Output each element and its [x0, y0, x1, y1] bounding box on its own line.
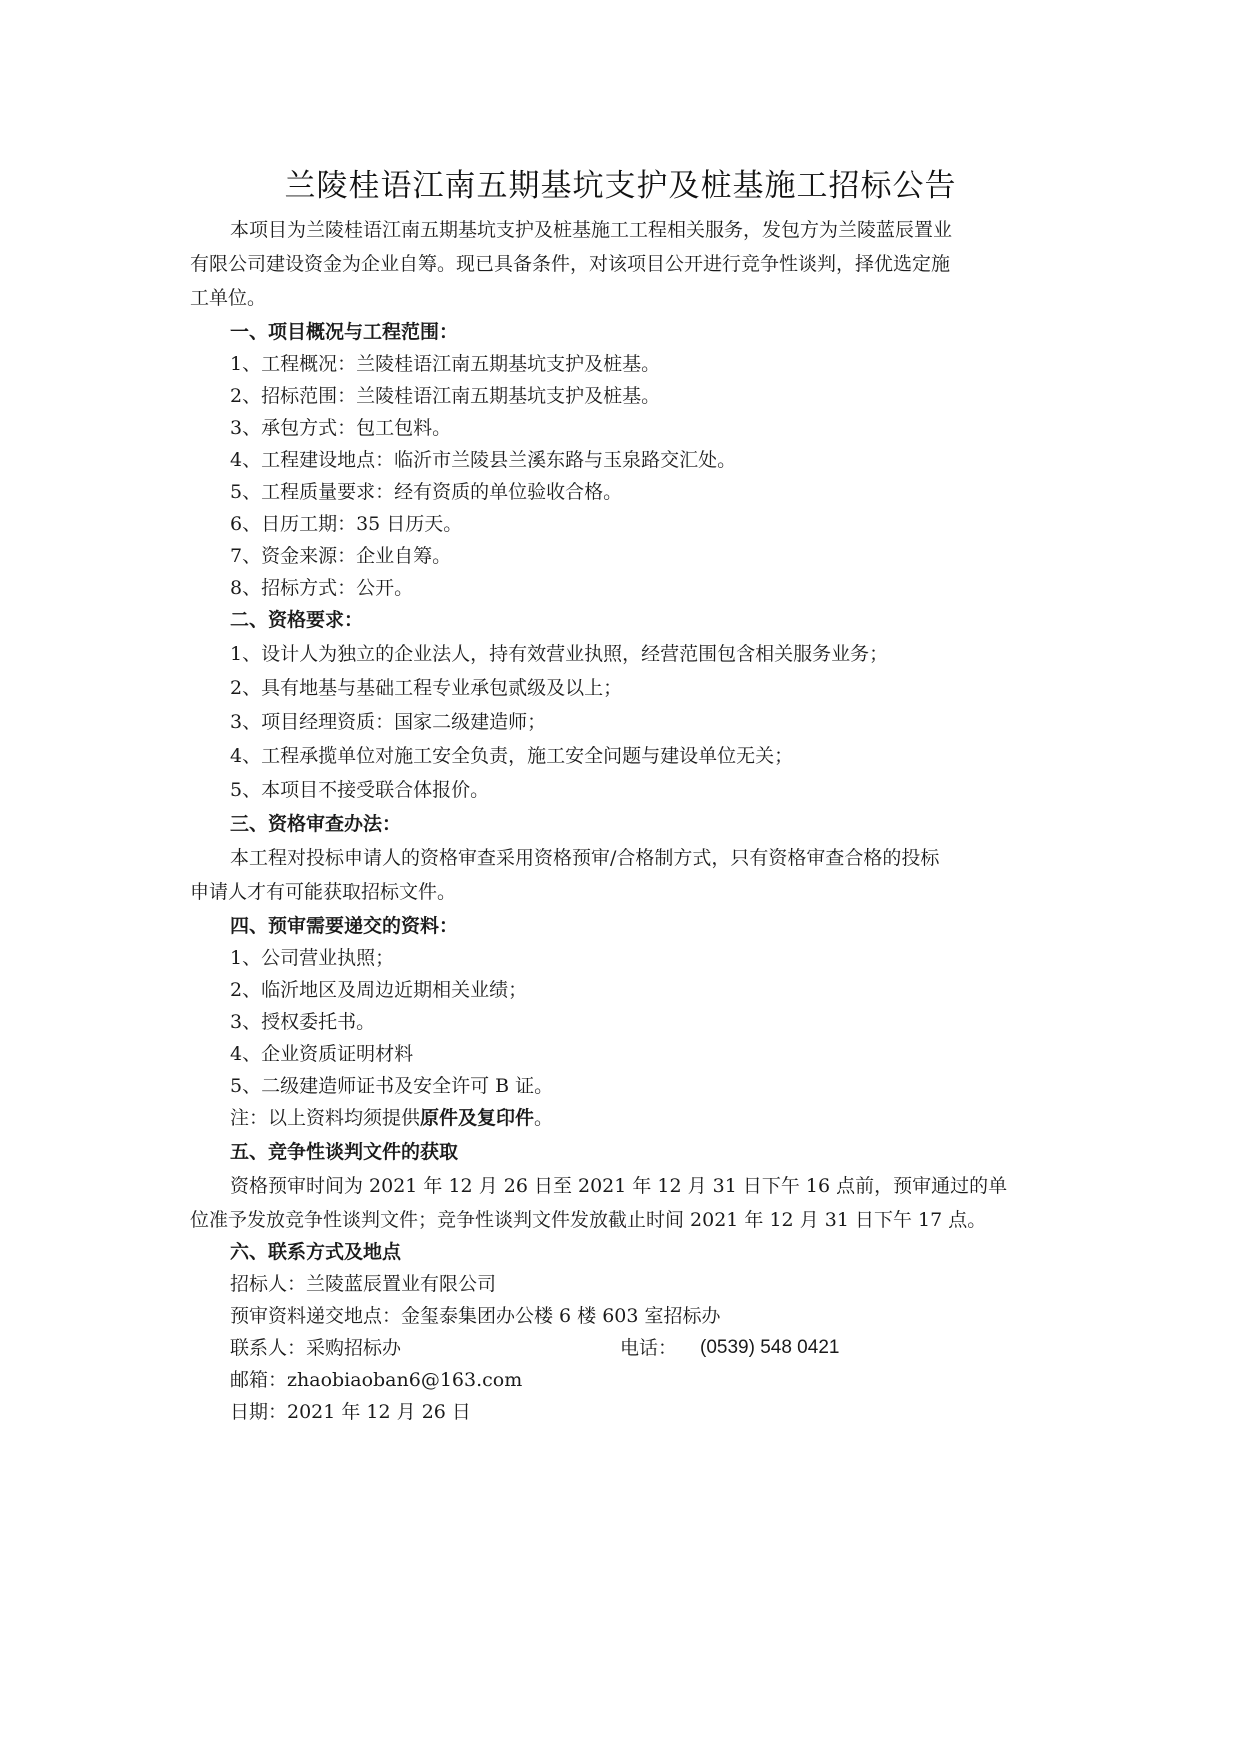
document-title: 兰陵桂语江南五期基坑支护及桩基施工招标公告 [0, 160, 1241, 205]
intro-line-1: 本项目为兰陵桂语江南五期基坑支护及桩基施工工程相关服务，发包方为兰陵蓝辰置业 [230, 218, 952, 242]
section-5-heading: 五、竞争性谈判文件的获取 [230, 1140, 458, 1164]
document-page: 兰陵桂语江南五期基坑支护及桩基施工招标公告 本项目为兰陵桂语江南五期基坑支护及桩… [0, 0, 1241, 1754]
section-2-item: 3、项目经理资质：国家二级建造师； [230, 710, 546, 734]
section-2-heading: 二、资格要求： [230, 608, 363, 632]
tenderer: 招标人：兰陵蓝辰置业有限公司 [230, 1272, 496, 1296]
intro-line-2: 有限公司建设资金为企业自筹。现已具备条件，对该项目公开进行竞争性谈判，择优选定施 [190, 252, 950, 276]
phone-number: (0539) 548 0421 [700, 1336, 839, 1360]
section-4-heading: 四、预审需要递交的资料： [230, 914, 458, 938]
section-3-heading: 三、资格审查办法： [230, 812, 401, 836]
section-1-item: 1、工程概况：兰陵桂语江南五期基坑支护及桩基。 [230, 352, 660, 376]
date: 日期：2021 年 12 月 26 日 [230, 1400, 471, 1424]
section-1-item: 3、承包方式：包工包料。 [230, 416, 451, 440]
section-4-item: 5、二级建造师证书及安全许可 B 证。 [230, 1074, 553, 1098]
section-2-item: 2、具有地基与基础工程专业承包贰级及以上； [230, 676, 622, 700]
section-1-item: 4、工程建设地点：临沂市兰陵县兰溪东路与玉泉路交汇处。 [230, 448, 736, 472]
submit-location: 预审资料递交地点：金玺泰集团办公楼 6 楼 603 室招标办 [230, 1304, 721, 1328]
note-prefix: 注：以上资料均须提供 [230, 1107, 420, 1129]
section-4-item: 2、临沂地区及周边近期相关业绩； [230, 978, 527, 1002]
section-1-item: 7、资金来源：企业自筹。 [230, 544, 451, 568]
section-1-item: 5、工程质量要求：经有资质的单位验收合格。 [230, 480, 622, 504]
section-5-para-line-1: 资格预审时间为 2021 年 12 月 26 日至 2021 年 12 月 31… [230, 1174, 1007, 1198]
section-1-heading: 一、项目概况与工程范围： [230, 320, 458, 344]
section-4-item: 4、企业资质证明材料 [230, 1042, 413, 1066]
intro-line-3: 工单位。 [190, 286, 266, 310]
section-5-para-line-2: 位准予发放竞争性谈判文件；竞争性谈判文件发放截止时间 2021 年 12 月 3… [190, 1208, 986, 1232]
section-4-item: 3、授权委托书。 [230, 1010, 375, 1034]
section-3-para-line-2: 申请人才有可能获取招标文件。 [190, 880, 456, 904]
contact-person: 联系人：采购招标办 [230, 1336, 401, 1360]
email: 邮箱：zhaobiaoban6@163.com [230, 1368, 522, 1392]
note-suffix: 。 [534, 1107, 553, 1129]
section-4-note: 注：以上资料均须提供原件及复印件。 [230, 1106, 553, 1130]
section-4-item: 1、公司营业执照； [230, 946, 394, 970]
section-1-item: 8、招标方式：公开。 [230, 576, 413, 600]
section-1-item: 2、招标范围：兰陵桂语江南五期基坑支护及桩基。 [230, 384, 660, 408]
section-2-item: 5、本项目不接受联合体报价。 [230, 778, 489, 802]
note-bold: 原件及复印件 [420, 1107, 534, 1129]
section-2-item: 1、设计人为独立的企业法人，持有效营业执照，经营范围包含相关服务业务； [230, 642, 888, 666]
phone-label: 电话： [620, 1336, 677, 1360]
section-3-para-line-1: 本工程对投标申请人的资格审查采用资格预审/合格制方式，只有资格审查合格的投标 [230, 846, 939, 870]
section-1-item: 6、日历工期：35 日历天。 [230, 512, 462, 536]
section-6-heading: 六、联系方式及地点 [230, 1240, 401, 1264]
section-2-item: 4、工程承揽单位对施工安全负责，施工安全问题与建设单位无关； [230, 744, 793, 768]
